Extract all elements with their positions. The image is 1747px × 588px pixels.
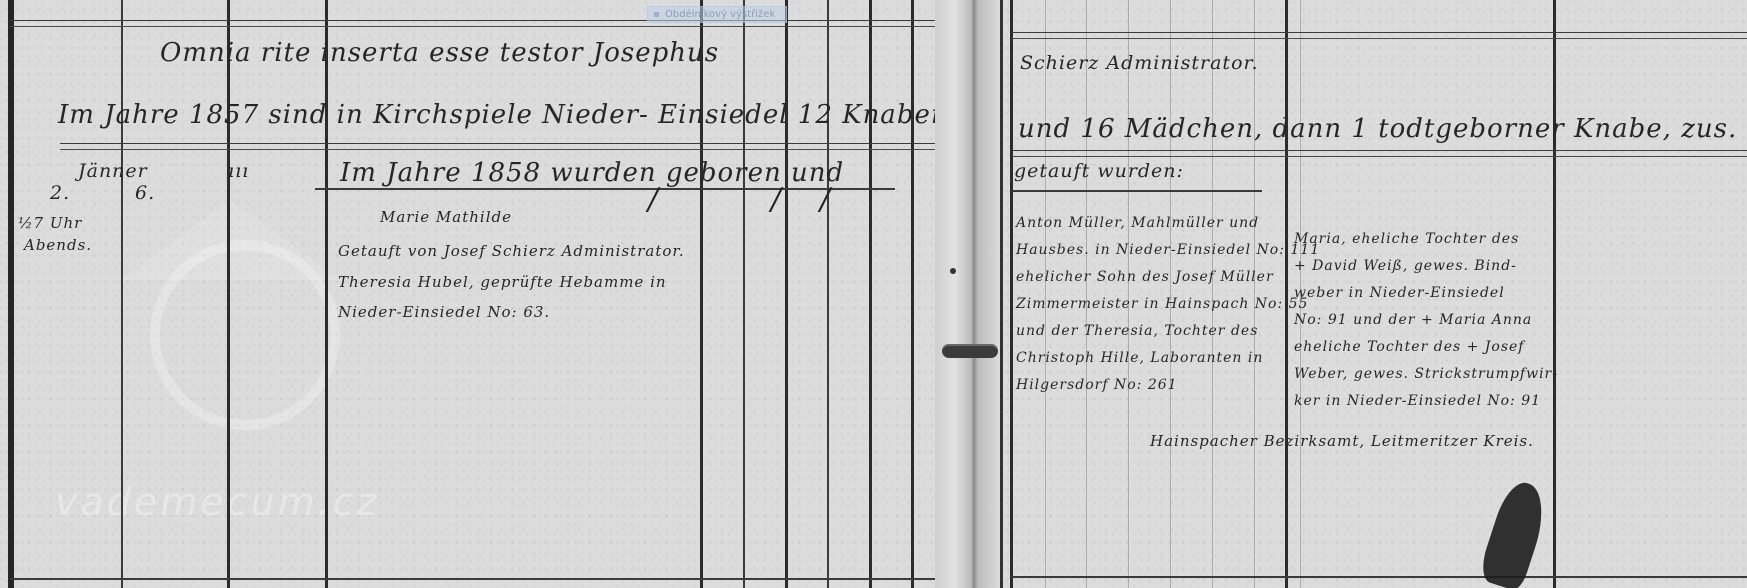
row-rule-summary: [60, 143, 935, 150]
summary-line-1: und 16 Mädchen, dann 1 todtgeborner Knab…: [1018, 114, 1737, 144]
column-rule: [1010, 0, 1013, 588]
baptized-by: Getauft von Josef Schierz Administrator.: [338, 242, 685, 260]
father-line: ehelicher Sohn des Josef Müller: [1016, 264, 1274, 291]
midwife-line-1: Theresia Hubel, geprüfte Hebamme in: [338, 273, 667, 291]
column-rule: [911, 0, 914, 588]
row-rule-bottom: [1012, 576, 1747, 578]
midwife-line-2: Nieder-Einsiedel No: 63.: [338, 303, 550, 321]
house-number-marks: ııı: [228, 160, 249, 182]
administrator-signature: Schierz Administrator.: [1020, 52, 1259, 74]
birth-month: Jänner: [78, 160, 148, 182]
summary-line-2: Im Jahre 1858 wurden geboren und: [340, 158, 844, 188]
register-page-left: vademecum.cz Omnia rite inserta esse tes…: [0, 0, 935, 588]
binding-hole: [950, 268, 956, 274]
mother-line: No: 91 und der + Maria Anna: [1294, 307, 1532, 334]
row-rule-summary: [1012, 150, 1747, 157]
column-rule: [325, 0, 328, 588]
father-line: Anton Müller, Mahlmüller und: [1016, 210, 1259, 237]
watermark-logo: [150, 240, 340, 430]
mother-line: ker in Nieder-Einsiedel No: 91: [1294, 388, 1541, 415]
column-rule: [1000, 0, 1003, 588]
mother-line: Weber, gewes. Strickstrumpfwir-: [1294, 361, 1558, 388]
mother-line: weber in Nieder-Einsiedel: [1294, 280, 1505, 307]
district-note: Hainspacher Bezirksamt, Leitmeritzer Kre…: [1150, 432, 1534, 450]
column-rule: [869, 0, 872, 588]
father-line: Hilgersdorf No: 261: [1016, 372, 1178, 399]
tally-mark: /: [771, 182, 781, 217]
column-rule: [827, 0, 829, 588]
father-line: Christoph Hille, Laboranten in: [1016, 345, 1263, 372]
child-name: Marie Mathilde: [380, 208, 512, 226]
column-rule: [743, 0, 745, 588]
rectangle-snip-icon: [654, 12, 659, 17]
column-rule: [785, 0, 788, 588]
register-page-right: Schierz Administrator. und 16 Mädchen, d…: [1000, 0, 1747, 588]
column-rule: [121, 0, 123, 588]
row-rule-summary-2: [1012, 190, 1262, 192]
column-rule: [700, 0, 703, 588]
birth-time: ½7 Uhr: [18, 214, 82, 232]
tooltip-label: Obdélníkový výstřižek: [665, 9, 775, 20]
birth-day: 2.: [50, 182, 70, 204]
tally-mark: /: [648, 182, 658, 217]
snip-tool-tooltip: Obdélníkový výstřižek: [647, 6, 787, 23]
mother-line: Maria, eheliche Tochter des: [1294, 226, 1519, 253]
row-rule-bottom: [10, 578, 935, 580]
row-rule-top: [10, 20, 935, 27]
baptism-day: 6.: [135, 182, 155, 204]
attestation-line: Omnia rite inserta esse testor Josephus: [160, 38, 719, 68]
tally-mark: /: [820, 182, 830, 217]
row-rule-top: [1012, 32, 1747, 39]
father-line: und der Theresia, Tochter des: [1016, 318, 1258, 345]
column-rule: [227, 0, 230, 588]
birth-time-period: Abends.: [24, 236, 92, 254]
watermark-text: vademecum.cz: [55, 480, 380, 524]
binding-clasp: [942, 344, 998, 358]
book-binding-gutter: [935, 0, 1000, 588]
column-rule: [1553, 0, 1556, 588]
column-rule: [8, 0, 14, 588]
father-line: Zimmermeister in Hainspach No: 55: [1016, 291, 1308, 318]
row-rule-summary-2: [315, 188, 895, 190]
mother-line: eheliche Tochter des + Josef: [1294, 334, 1524, 361]
summary-line-1: Im Jahre 1857 sind in Kirchspiele Nieder…: [58, 100, 949, 130]
summary-line-2: getauft wurden:: [1014, 160, 1184, 182]
father-line: Hausbes. in Nieder-Einsiedel No: 111: [1016, 237, 1320, 264]
mother-line: + David Weiß, gewes. Bind-: [1294, 253, 1517, 280]
